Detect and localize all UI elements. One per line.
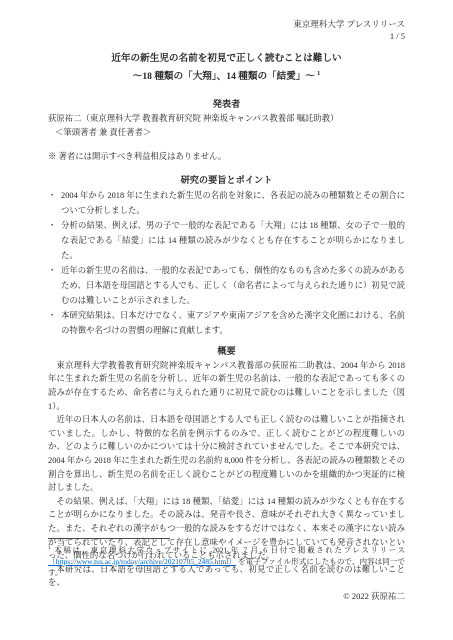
document-title-line1: 近年の新生児の名前を初見で正しく読むことは難しい xyxy=(48,51,405,66)
presenter-name: 荻原祐二（東京理科大学 教養教育研究院 神楽坂キャンパス教養部 嘱託助教） xyxy=(48,112,405,126)
footnote-link[interactable]: https://www.tus.ac.jp/today/archive/2021… xyxy=(56,557,229,566)
footnote-marker: 1 xyxy=(48,545,51,551)
page-footer: 1 本稿は、東京理科大学ウェブサイトに 2021 年 7 月 6 日付で掲載され… xyxy=(48,538,405,602)
point-text: 2004 年から 2018 年に生まれた新生児の名前を対象に、各表記の読みの種類… xyxy=(61,188,405,218)
point-text: 本研究結果は、日本だけでなく、東アジアや東南アジアを含めた漢字文化圏における、名… xyxy=(61,308,405,338)
bullet-marker: ・ xyxy=(48,308,61,338)
footnote-text: 本稿は、東京理科大学ウェブサイトに 2021 年 7 月 6 日付で掲載されたプ… xyxy=(54,546,405,555)
title-footnote-ref: 1 xyxy=(317,70,320,77)
list-item: ・ 分析の結果、例えば、男の子で一般的な表記である「大翔」には 18 種類、女の… xyxy=(48,218,405,263)
page-header: 東京理科大学 プレスリリース 1 / 5 xyxy=(48,18,405,42)
copyright-notice: © 2022 荻原祐二 xyxy=(48,590,405,602)
summary-points-list: ・ 2004 年から 2018 年に生まれた新生児の名前を対象に、各表記の読みの… xyxy=(48,188,405,338)
bullet-marker: ・ xyxy=(48,263,61,308)
overview-paragraph-2: 近年の日本人の名前は、日本語を母国語とする人でも正しく読むのは難しいことが指摘さ… xyxy=(48,413,405,495)
bullet-marker: ・ xyxy=(48,218,61,263)
document-title: 近年の新生児の名前を初見で正しく読むことは難しい ～18 種類の「大翔」、14 … xyxy=(48,51,405,84)
point-text: 近年の新生児の名前は、一般的な表記であっても、個性的なものも含めた多くの読みがあ… xyxy=(61,263,405,308)
page-number: 1 / 5 xyxy=(48,30,405,42)
footnote-link-close-paren: ） xyxy=(228,557,236,566)
list-item: ・ 近年の新生児の名前は、一般的な表記であっても、個性的なものも含めた多くの読み… xyxy=(48,263,405,308)
footnote-separator xyxy=(48,538,170,539)
list-item: ・ 本研究結果は、日本だけでなく、東アジアや東南アジアを含めた漢字文化圏における… xyxy=(48,308,405,338)
overview-paragraph-1: 東京理科大学教養教育研究院神楽坂キャンパス教養部の荻原祐二助教は、2004 年か… xyxy=(48,359,405,413)
list-item: ・ 2004 年から 2018 年に生まれた新生児の名前を対象に、各表記の読みの… xyxy=(48,188,405,218)
org-title: 東京理科大学 プレスリリース xyxy=(48,18,405,30)
point-text: 分析の結果、例えば、男の子で一般的な表記である「大翔」には 18 種類、女の子で… xyxy=(61,218,405,263)
bullet-marker: ・ xyxy=(48,188,61,218)
footnote: 1 本稿は、東京理科大学ウェブサイトに 2021 年 7 月 6 日付で掲載され… xyxy=(48,543,405,579)
section-heading-points: 研究の要旨とポイント xyxy=(48,173,405,188)
section-heading-overview: 概要 xyxy=(48,344,405,359)
press-release-page: 東京理科大学 プレスリリース 1 / 5 近年の新生児の名前を初見で正しく読むこ… xyxy=(0,0,453,640)
document-title-line2: ～18 種類の「大翔」、14 種類の「結愛」～1 xyxy=(48,66,405,84)
presenter-role: ＜筆頭著者 兼 責任著者＞ xyxy=(48,126,405,140)
conflict-of-interest-note: ※ 著者には開示すべき利益相反はありません。 xyxy=(48,150,405,164)
section-heading-presenter: 発表者 xyxy=(48,97,405,112)
footnote-link-open-paren: （ xyxy=(48,557,56,566)
document-subtitle-text: ～18 種類の「大翔」、14 種類の「結愛」～ xyxy=(133,71,315,82)
